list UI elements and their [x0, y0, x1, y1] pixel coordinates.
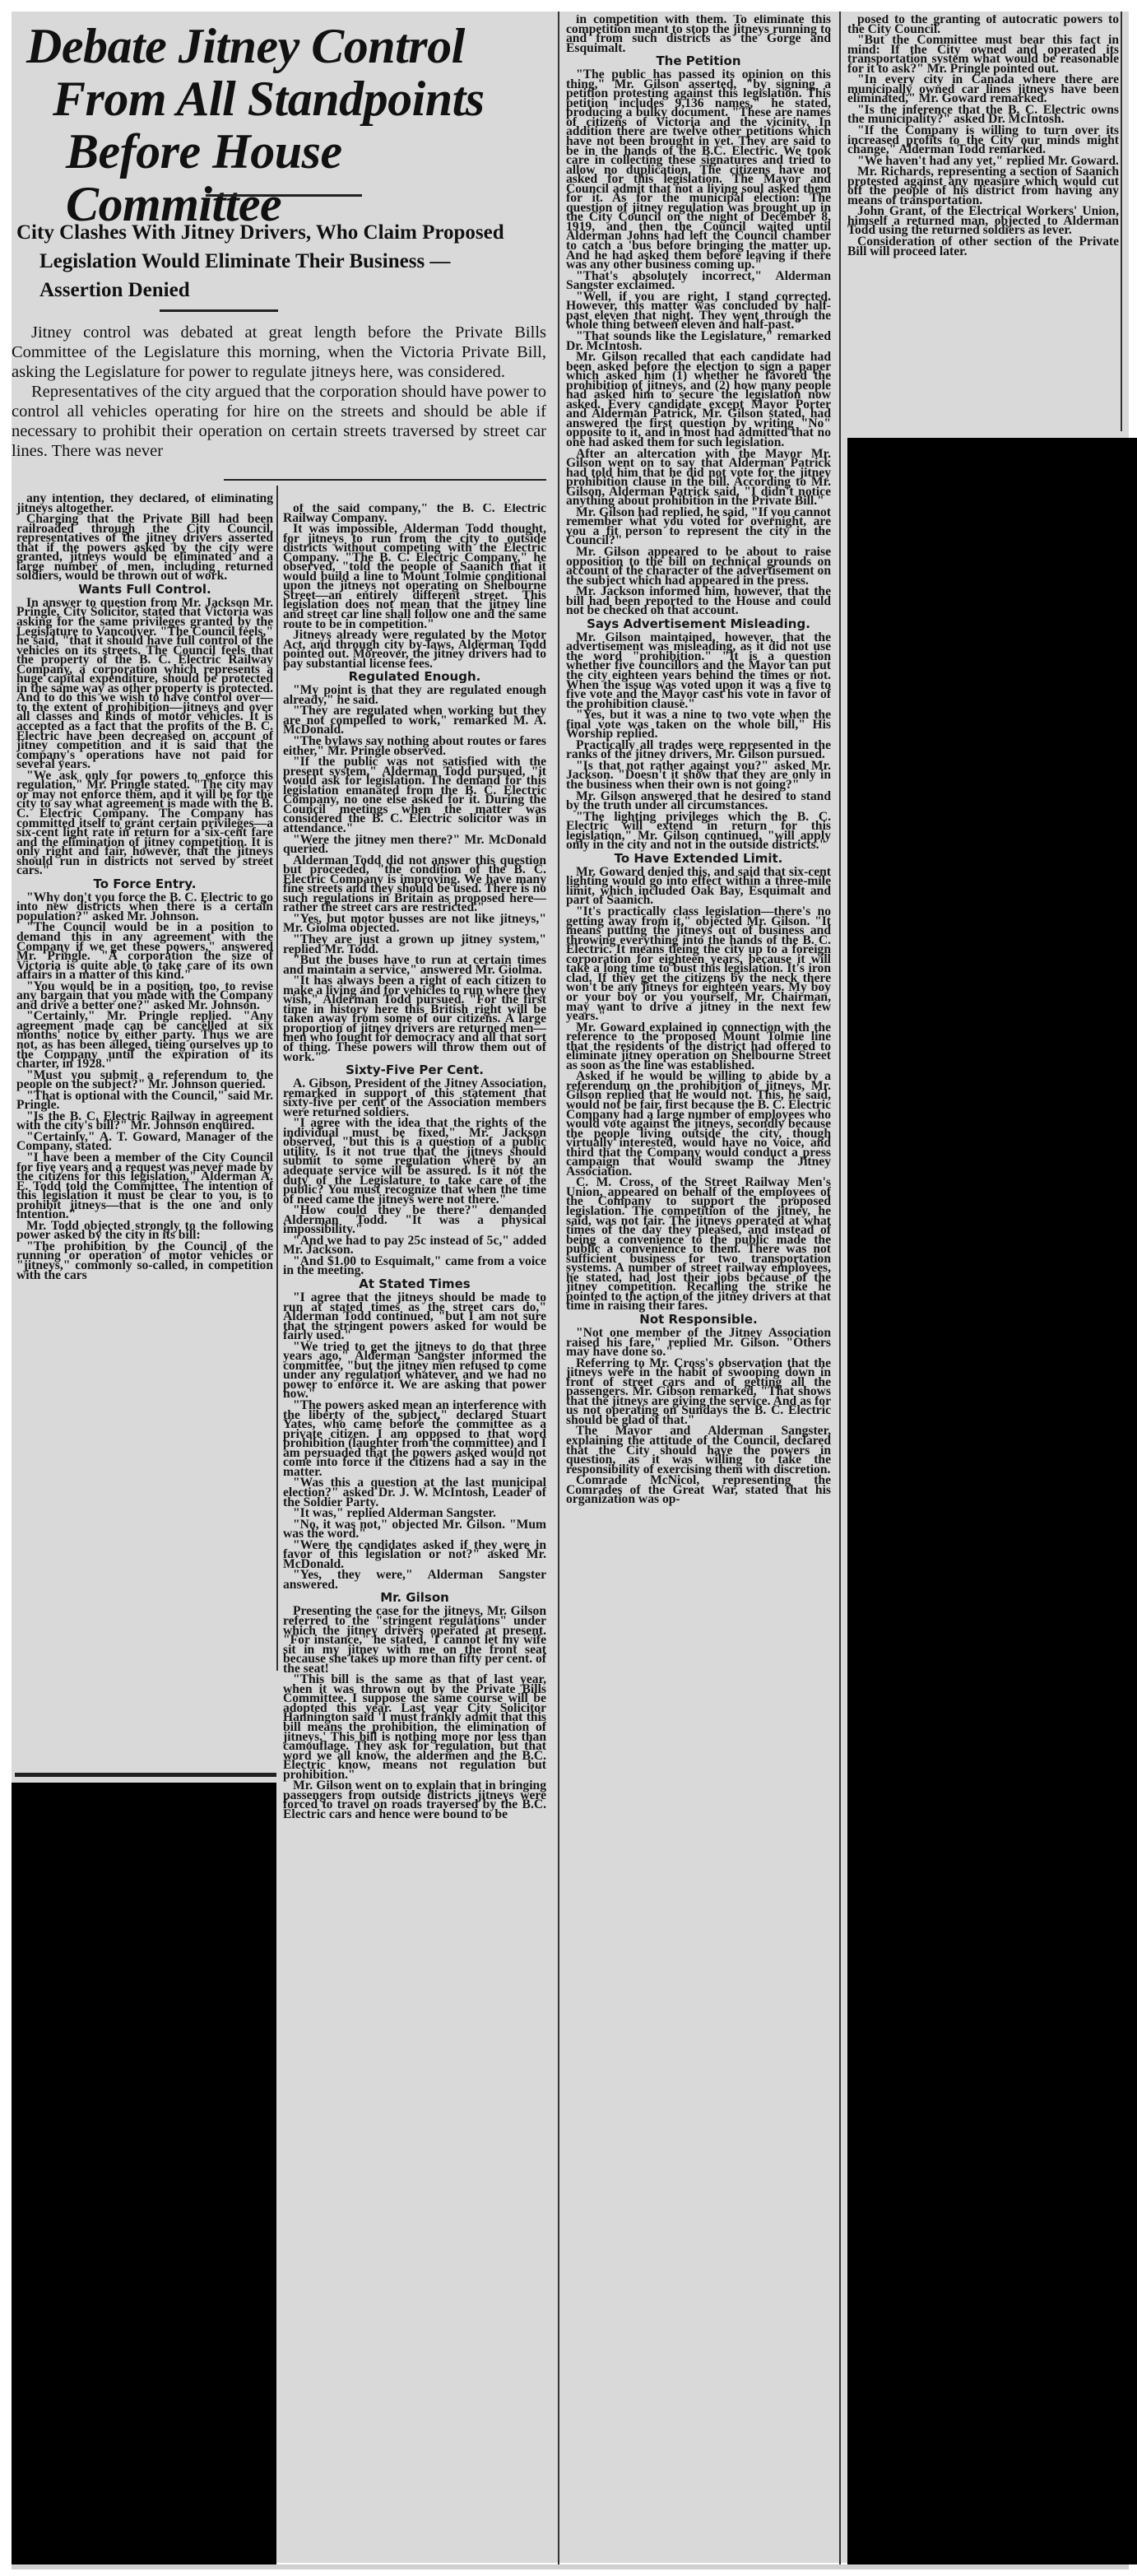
- section-heading: Mr. Gilson: [283, 1591, 546, 1605]
- article-paragraph: Mr. Gilson maintained, however, that the…: [566, 633, 831, 709]
- article-paragraph: "The bylaws say nothing about routes or …: [283, 737, 546, 756]
- article-paragraph: posed to the granting of autocratic powe…: [847, 15, 1119, 34]
- article-paragraph: In answer to question from Mr. Jackson M…: [16, 598, 273, 770]
- article-paragraph: Mr. Goward explained in connection with …: [566, 1023, 831, 1071]
- article-paragraph: "The Council would be in a position to d…: [16, 923, 273, 979]
- article-paragraph: "It's practically class legislation—ther…: [566, 907, 831, 1021]
- article-paragraph: "That's absolutely incorrect," Alderman …: [566, 272, 831, 291]
- column-divider: [276, 486, 278, 1671]
- article-paragraph: "They are just a grown up jitney system,…: [283, 935, 546, 954]
- article-paragraph: "The lighting privileges which the B. C.…: [566, 812, 831, 850]
- article-paragraph: "Must you submit a referendum to the peo…: [16, 1071, 273, 1090]
- section-heading: Regulated Enough.: [283, 670, 546, 684]
- article-paragraph: Mr. Gilson had replied, he said, "If you…: [566, 508, 831, 546]
- section-heading: To Force Entry.: [16, 877, 273, 891]
- article-paragraph: Referring to Mr. Cross's observation tha…: [566, 1359, 831, 1425]
- subhead-rule: [160, 309, 278, 312]
- article-paragraph: "You would be in a position, too, to rev…: [16, 982, 273, 1011]
- article-paragraph: of the said company," the B. C. Electric…: [283, 504, 546, 523]
- article-paragraph: Alderman Todd did not answer this questi…: [283, 856, 546, 913]
- article-paragraph: "Were the jitney men there?" Mr. McDonal…: [283, 835, 546, 854]
- headline-line-1: Debate Jitney Control: [26, 20, 553, 72]
- article-paragraph: "But the buses have to run at certain ti…: [283, 956, 546, 974]
- article-paragraph: "That sounds like the Legislature," rema…: [566, 332, 831, 351]
- article-paragraph: "Was this a question at the last municip…: [283, 1478, 546, 1507]
- section-heading: At Stated Times: [283, 1277, 546, 1291]
- article-paragraph: Mr. Jackson informed him, however, that …: [566, 587, 831, 616]
- article-paragraph: Charging that the Private Bill had been …: [16, 514, 273, 581]
- article-paragraph: "The prohibition by the Council of the r…: [16, 1242, 273, 1280]
- article-paragraph: "It has always been a right of each citi…: [283, 976, 546, 1062]
- article-paragraph: "And $1.00 to Esquimalt," came from a vo…: [283, 1257, 546, 1276]
- column-1: any intention, they declared, of elimina…: [16, 494, 273, 1669]
- lede: Jitney control was debated at great leng…: [12, 323, 546, 461]
- article-paragraph: "Yes, but it was a nine to two vote when…: [566, 710, 831, 739]
- section-heading: Sixty-Five Per Cent.: [283, 1063, 546, 1077]
- column-divider: [839, 12, 841, 2564]
- section-heading: Not Responsible.: [566, 1313, 831, 1327]
- article-paragraph: "Is the inference that the B. C. Electri…: [847, 105, 1119, 124]
- article-paragraph: "Yes, they were," Alderman Sangster answ…: [283, 1570, 546, 1589]
- article-paragraph: "Is the B. C. Electric Railway in agreem…: [16, 1112, 273, 1131]
- article-paragraph: "I agree with the idea that the rights o…: [283, 1118, 546, 1204]
- article-paragraph: Mr. Richards, representing a section of …: [847, 167, 1119, 205]
- redacted-region-right: [847, 438, 1137, 2564]
- article-paragraph: Mr. Gilson went on to explain that in br…: [283, 1781, 546, 1819]
- article-paragraph: "They are regulated when working but the…: [283, 706, 546, 735]
- article-paragraph: any intention, they declared, of elimina…: [16, 494, 273, 513]
- lede-paragraph-1: Jitney control was debated at great leng…: [12, 323, 546, 382]
- article-paragraph: in competition with them. To eliminate t…: [566, 15, 831, 53]
- article-paragraph: "If the Company is willing to turn over …: [847, 126, 1119, 155]
- article-paragraph: Mr. Gilson answered that he desired to s…: [566, 792, 831, 811]
- column-4: posed to the granting of autocratic powe…: [847, 15, 1119, 426]
- article-paragraph: "Yes, but motor busses are not like jitn…: [283, 914, 546, 933]
- article-paragraph: It was impossible, Alderman Todd thought…: [283, 524, 546, 629]
- article-paragraph: "And we had to pay 25c instead of 5c," a…: [283, 1236, 546, 1255]
- article-paragraph: "No, it was not," objected Mr. Gilson. "…: [283, 1520, 546, 1539]
- article-paragraph: Practically all trades were represented …: [566, 741, 831, 760]
- bottom-edge: [12, 2564, 1129, 2569]
- article-paragraph: "My point is that they are regulated eno…: [283, 686, 546, 704]
- article-paragraph: "But the Committee must bear this fact i…: [847, 35, 1119, 73]
- article-paragraph: "Certainly," A. T. Goward, Manager of th…: [16, 1132, 273, 1151]
- article-paragraph: C. M. Cross, of the Street Railway Men's…: [566, 1178, 831, 1311]
- article-paragraph: "This bill is the same as that of last y…: [283, 1675, 546, 1779]
- article-paragraph: Consideration of other section of the Pr…: [847, 237, 1119, 256]
- article-paragraph: "Is that not rather against you?" asked …: [566, 761, 831, 790]
- lede-rule: [224, 479, 546, 481]
- article-paragraph: "How could they be there?" demanded Alde…: [283, 1206, 546, 1235]
- lede-paragraph-2: Representatives of the city argued that …: [12, 382, 546, 461]
- article-paragraph: "It was," replied Alderman Sangster.: [283, 1509, 546, 1518]
- article-paragraph: Mr. Gilson appeared to be about to raise…: [566, 547, 831, 585]
- subheadline-line-1: City Clashes With Jitney Drivers, Who Cl…: [16, 218, 543, 247]
- article-paragraph: "In every city in Canada where there are…: [847, 75, 1119, 104]
- article-paragraph: "We tried to get the jitneys to do that …: [283, 1342, 546, 1399]
- column-3: in competition with them. To eliminate t…: [566, 15, 831, 2564]
- redacted-region-left: [12, 1783, 276, 2566]
- article-paragraph: Comrade McNicol, representing the Comrad…: [566, 1476, 831, 1504]
- article-paragraph: "If the public was not satisfied with th…: [283, 757, 546, 833]
- article-paragraph: "The public has passed its opinion on th…: [566, 70, 831, 269]
- subheadline: City Clashes With Jitney Drivers, Who Cl…: [16, 218, 543, 305]
- article-paragraph: "Why don't you force the B. C. Electric …: [16, 893, 273, 922]
- section-heading: To Have Extended Limit.: [566, 852, 831, 866]
- article-paragraph: "We ask only for powers to enforce this …: [16, 771, 273, 876]
- article-paragraph: The Mayor and Alderman Sangster, explain…: [566, 1426, 831, 1474]
- subheadline-line-2: Legislation Would Eliminate Their Busine…: [16, 247, 543, 276]
- section-heading: Wants Full Control.: [16, 583, 273, 597]
- article-paragraph: "Certainly," Mr. Pringle replied. "Any a…: [16, 1011, 273, 1068]
- headline-line-3: Before House Committee: [26, 125, 553, 230]
- headline: Debate Jitney Control From All Standpoin…: [26, 20, 553, 230]
- article-paragraph: Jitneys already were regulated by the Mo…: [283, 630, 546, 668]
- headline-rule: [206, 194, 362, 197]
- article-paragraph: A. Gibson, President of the Jitney Assoc…: [283, 1079, 546, 1117]
- article-paragraph: After an altercation with the Mayor Mr. …: [566, 449, 831, 506]
- article-paragraph: Asked if he would be willing to abide by…: [566, 1072, 831, 1176]
- article-paragraph: John Grant, of the Electrical Workers' U…: [847, 207, 1119, 235]
- article-paragraph: "I have been a member of the City Counci…: [16, 1153, 273, 1220]
- article-paragraph: "That is optional with the Council," sai…: [16, 1091, 273, 1110]
- article-paragraph: "Were the candidates asked if they were …: [283, 1541, 546, 1569]
- end-rule: [15, 1773, 276, 1777]
- article-paragraph: "Not one member of the Jitney Associatio…: [566, 1328, 831, 1357]
- headline-line-2: From All Standpoints: [26, 72, 553, 125]
- section-heading: The Petition: [566, 54, 831, 68]
- article-paragraph: Mr. Goward denied this, and said that si…: [566, 867, 831, 905]
- column-divider: [558, 12, 559, 2564]
- subheadline-line-3: Assertion Denied: [16, 276, 543, 305]
- article-paragraph: "The powers asked mean an interference w…: [283, 1401, 546, 1476]
- column-divider: [1121, 12, 1122, 431]
- section-heading: Says Advertisement Misleading.: [566, 617, 831, 631]
- article-paragraph: Mr. Todd objected strongly to the follow…: [16, 1221, 273, 1240]
- article-paragraph: "Well, if you are right, I stand correct…: [566, 292, 831, 330]
- article-paragraph: "I agree that the jitneys should be made…: [283, 1293, 546, 1341]
- column-2: of the said company," the B. C. Electric…: [283, 504, 546, 2565]
- article-paragraph: Mr. Gilson recalled that each candidate …: [566, 352, 831, 447]
- article-paragraph: Presenting the case for the jitneys, Mr.…: [283, 1607, 546, 1673]
